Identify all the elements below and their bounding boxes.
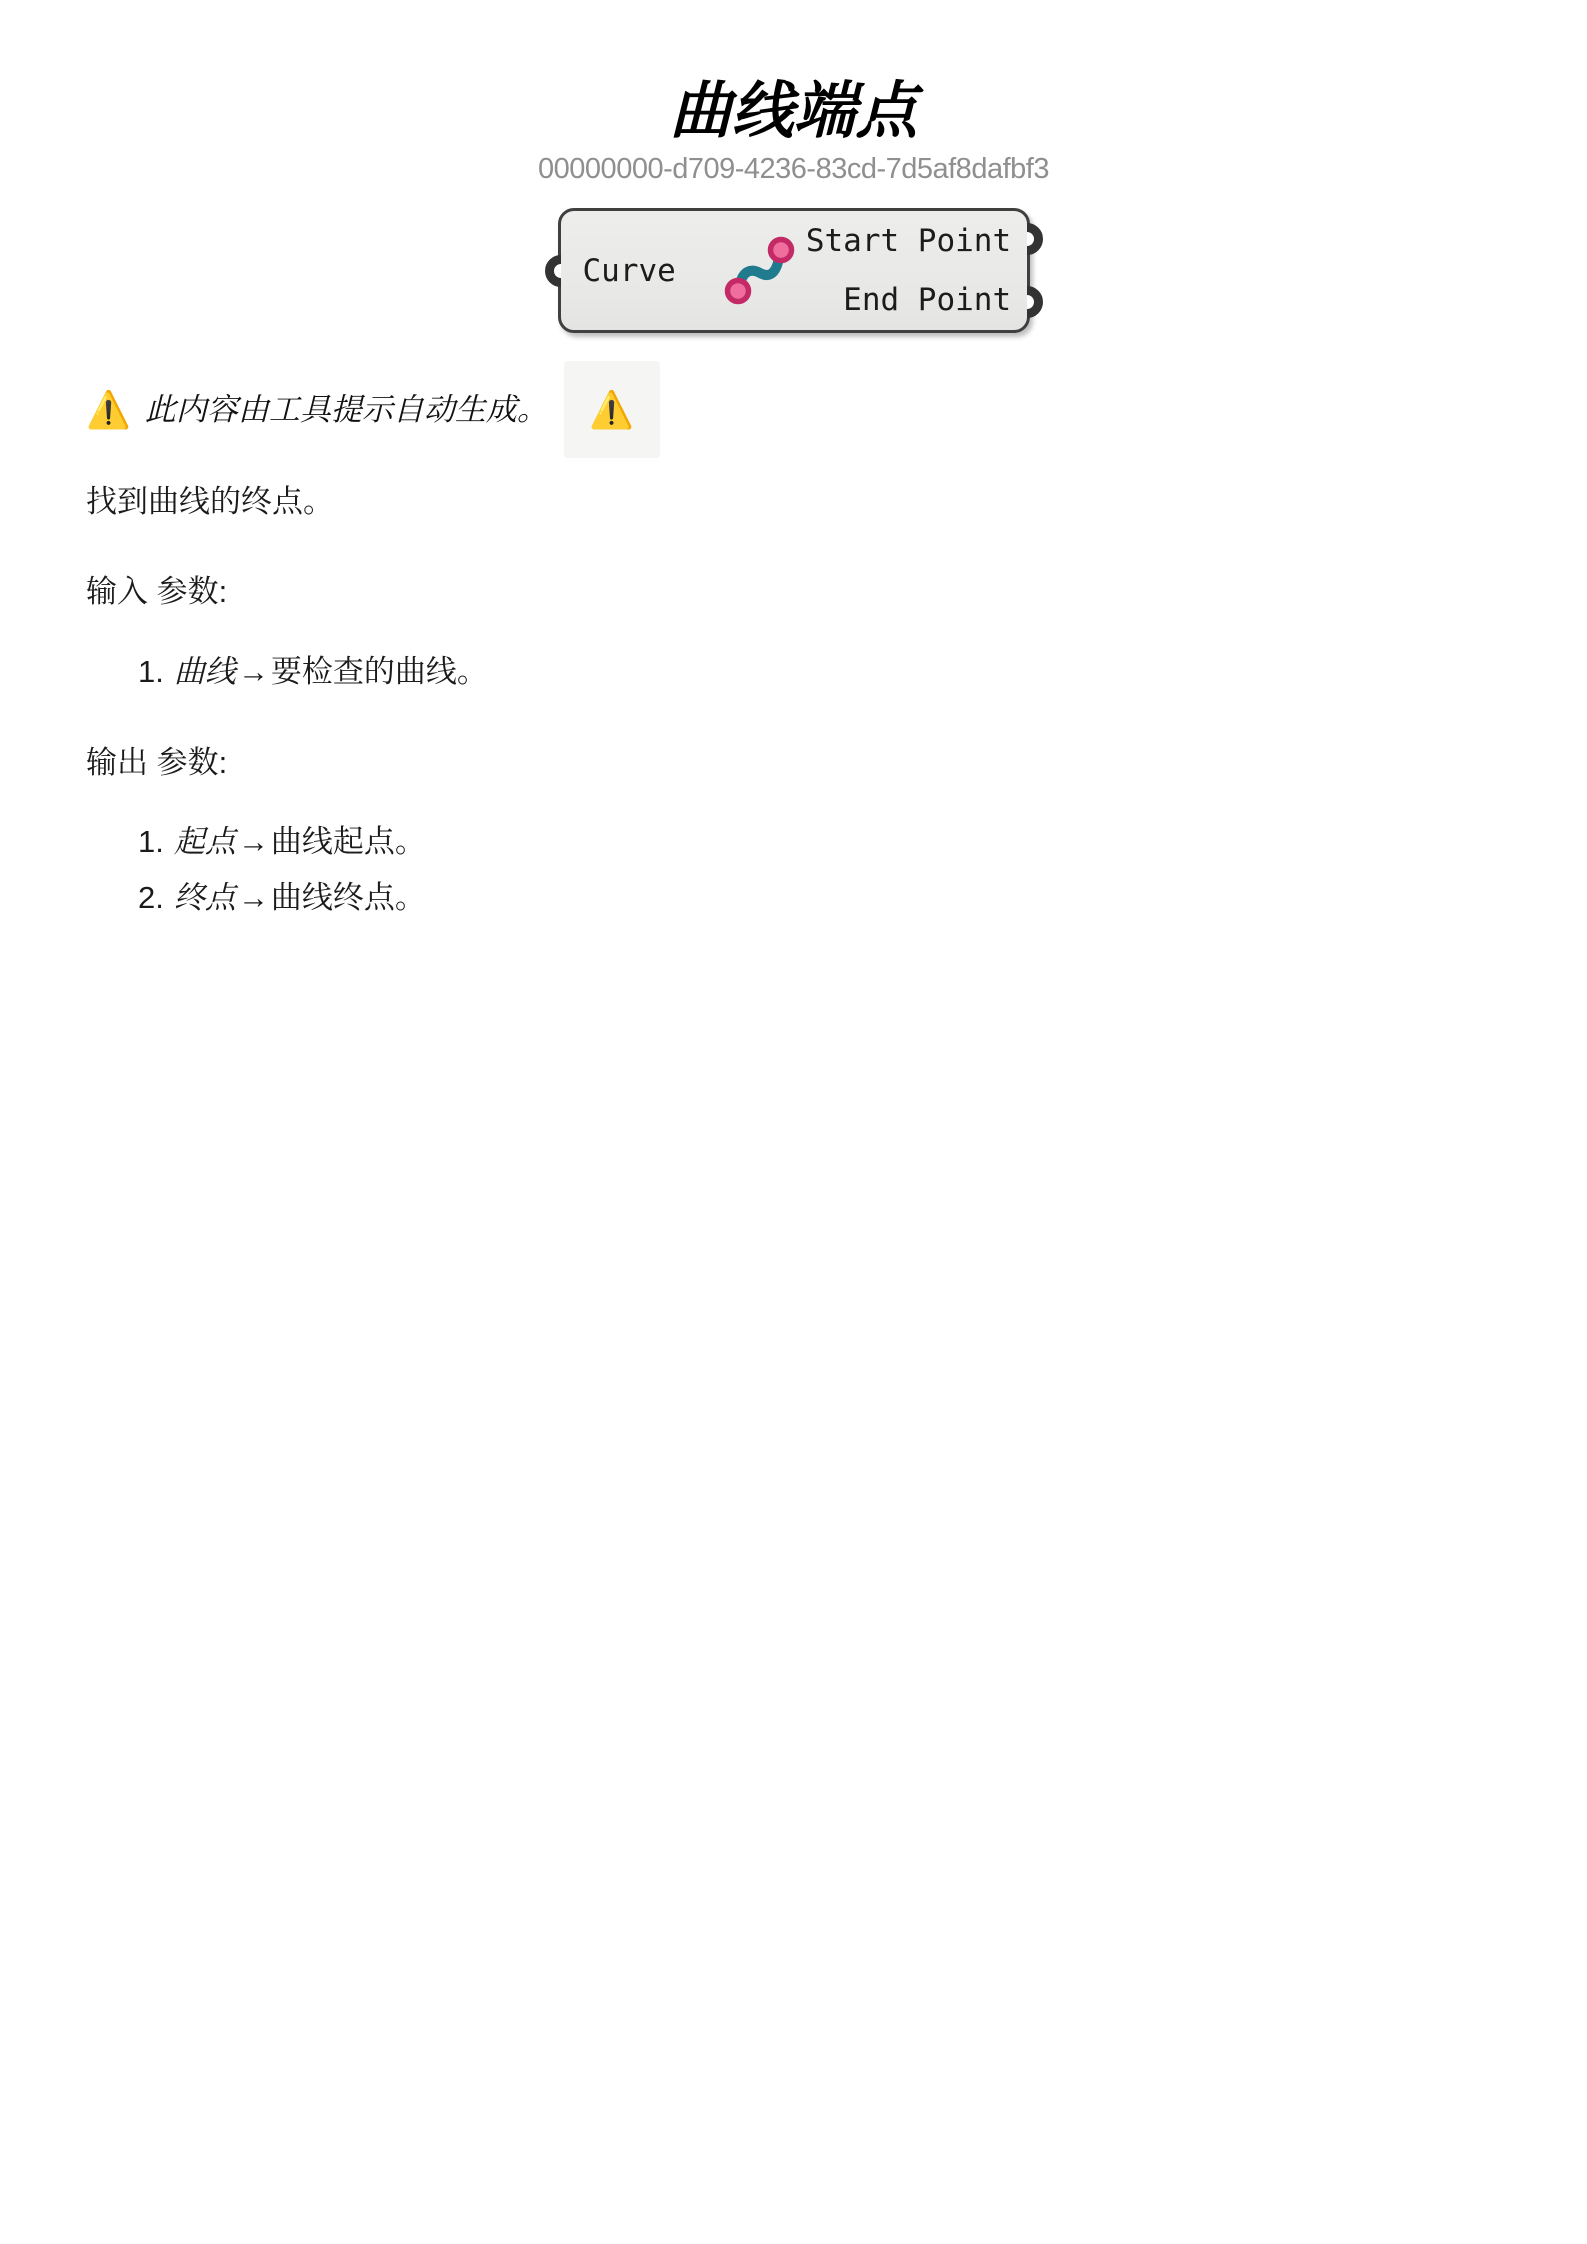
connector-ring bbox=[1027, 223, 1043, 255]
page-title: 曲线端点 bbox=[0, 78, 1587, 146]
param-description: 曲线起点。 bbox=[271, 824, 426, 859]
arrow-glyph: → bbox=[238, 880, 269, 915]
component-uuid: 00000000-d709-4236-83cd-7d5af8dafbf3 bbox=[0, 153, 1587, 186]
component-illustration: Curve Start Point End Point bbox=[0, 208, 1587, 333]
output-connector-start bbox=[1027, 222, 1043, 256]
param-description: 要检查的曲线。 bbox=[271, 654, 488, 689]
component-description: 找到曲线的终点。 bbox=[86, 482, 1587, 522]
node-output-end-label: End Point bbox=[806, 271, 1011, 331]
connector-ring bbox=[545, 255, 561, 287]
list-number: 1. bbox=[138, 824, 164, 859]
output-param-item: 2.终点→曲线终点。 bbox=[138, 877, 1587, 919]
node-output-start-label: Start Point bbox=[806, 211, 1011, 271]
warning-icon: ⚠️ bbox=[86, 392, 131, 428]
node-input-label: Curve bbox=[561, 253, 676, 289]
curve-stroke bbox=[740, 258, 779, 284]
inputs-list: 1.曲线→要检查的曲线。 bbox=[138, 651, 1587, 693]
start-point-dot bbox=[727, 280, 748, 301]
output-connector-end bbox=[1027, 285, 1043, 319]
param-name: 终点 bbox=[174, 880, 236, 915]
list-number: 2. bbox=[138, 880, 164, 915]
document-page: 曲线端点 00000000-d709-4236-83cd-7d5af8dafbf… bbox=[0, 78, 1587, 919]
param-description: 曲线终点。 bbox=[271, 880, 426, 915]
node-output-labels: Start Point End Point bbox=[806, 211, 1029, 330]
connector-ring bbox=[1027, 286, 1043, 318]
warning-text: 此内容由工具提示自动生成。 bbox=[145, 394, 548, 425]
inputs-heading: 输入 参数: bbox=[86, 572, 1587, 612]
outputs-heading: 输出 参数: bbox=[86, 743, 1587, 783]
autogenerated-warning: ⚠️ 此内容由工具提示自动生成。 ⚠️ bbox=[86, 361, 1587, 458]
param-name: 曲线 bbox=[174, 654, 236, 689]
end-point-dot bbox=[770, 239, 791, 260]
outputs-list: 1.起点→曲线起点。 2.终点→曲线终点。 bbox=[138, 821, 1587, 919]
arrow-glyph: → bbox=[238, 824, 269, 859]
param-name: 起点 bbox=[174, 824, 236, 859]
grasshopper-component-node: Curve Start Point End Point bbox=[558, 208, 1030, 333]
curve-endpoints-icon bbox=[714, 225, 806, 317]
output-param-item: 1.起点→曲线起点。 bbox=[138, 821, 1587, 863]
warning-icon: ⚠️ bbox=[589, 392, 634, 428]
list-number: 1. bbox=[138, 654, 164, 689]
input-connector bbox=[545, 254, 561, 288]
warning-image-box: ⚠️ bbox=[564, 361, 660, 458]
input-param-item: 1.曲线→要检查的曲线。 bbox=[138, 651, 1587, 693]
arrow-glyph: → bbox=[238, 654, 269, 689]
